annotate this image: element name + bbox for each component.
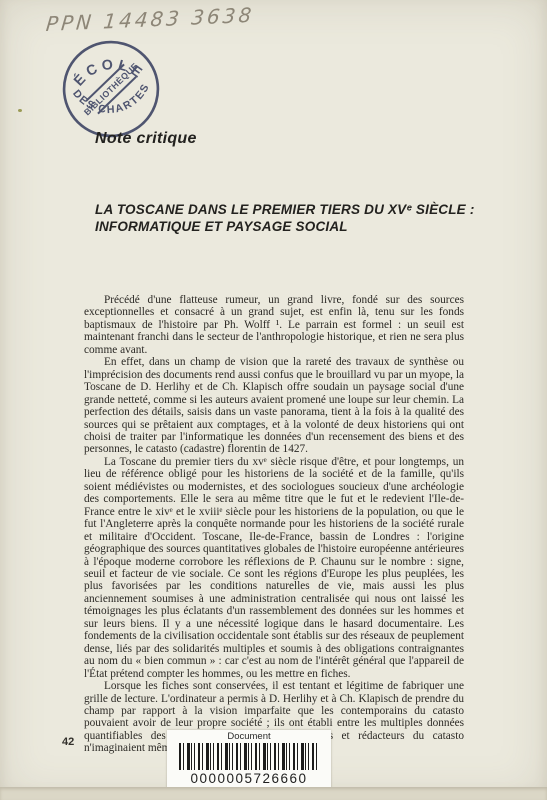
body-paragraph: Précédé d'une flatteuse rumeur, un grand… [84,294,464,356]
article-title-line1: LA TOSCANE DANS LE PREMIER TIERS DU XVᵉ … [95,201,485,218]
article-body: Précédé d'une flatteuse rumeur, un grand… [84,294,464,755]
barcode-number: 0000005726660 [190,771,307,786]
section-heading: Note critique [95,130,197,148]
scanned-document-page: PPN 14483 3638 ÉCOLE DES CHARTES BIBLIOT… [0,0,547,800]
article-title-line2: INFORMATIQUE ET PAYSAGE SOCIAL [95,218,485,235]
barcode-icon [179,743,319,770]
ppn-handwritten-annotation: PPN 14483 3638 [45,4,227,36]
barcode-sticker: Document 0000005726660 [167,730,331,789]
barcode-label: Document [227,731,270,742]
paper-speck [18,109,22,112]
scan-edge-shadow [0,787,547,800]
body-paragraph: La Toscane du premier tiers du xvᵉ siècl… [84,456,464,680]
article-title: LA TOSCANE DANS LE PREMIER TIERS DU XVᵉ … [95,201,485,235]
page-number: 42 [62,736,74,748]
library-stamp: ÉCOLE DES CHARTES BIBLIOTHÈQUE [55,33,167,145]
body-paragraph: En effet, dans un champ de vision que la… [84,356,464,456]
